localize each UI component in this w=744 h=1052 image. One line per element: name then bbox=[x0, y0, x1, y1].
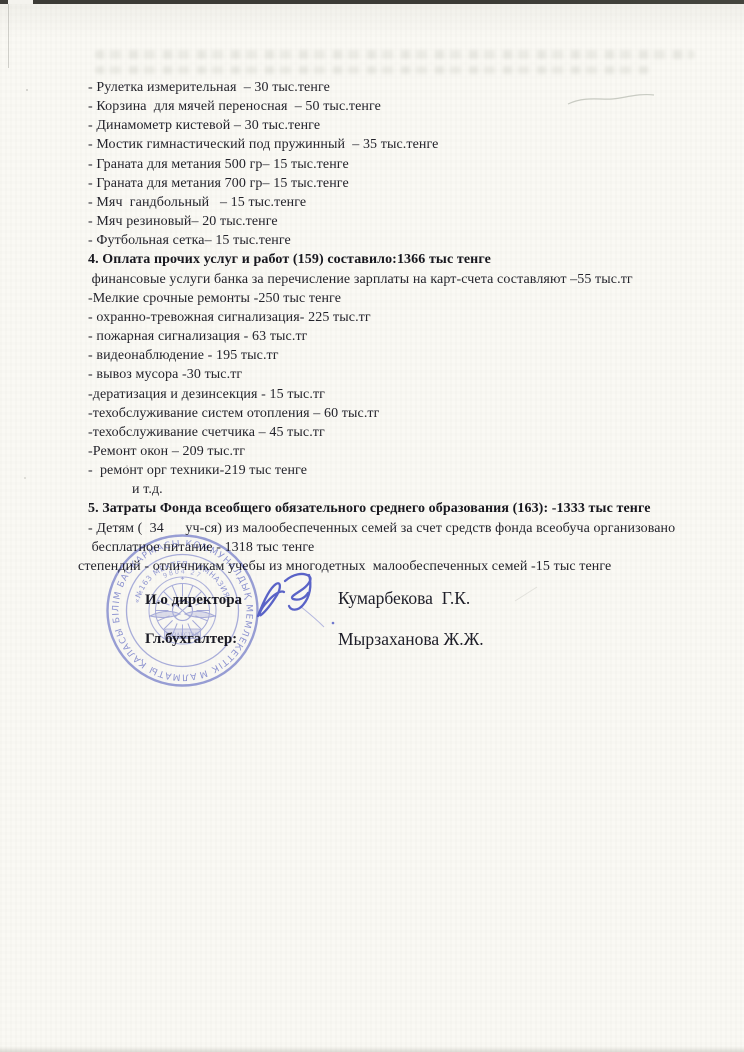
doc-line: - Футбольная сетка– 15 тыс.тенге bbox=[88, 231, 708, 250]
doc-line: - Мяч резиновый– 20 тыс.тенге bbox=[88, 212, 708, 231]
doc-line: -Ремонт окон – 209 тыс.тг bbox=[88, 442, 708, 461]
director-signature bbox=[258, 574, 310, 616]
scan-edge-bottom bbox=[0, 1046, 744, 1052]
signature-tail bbox=[300, 606, 324, 627]
doc-line: - видеонаблюдение - 195 тыс.тг bbox=[88, 346, 708, 365]
document-body: - Рулетка измерительная – 30 тыс.тенге -… bbox=[88, 78, 708, 576]
bleedthrough-strip bbox=[95, 50, 695, 59]
doc-line: - Граната для метания 700 гр– 15 тыс.тен… bbox=[88, 174, 708, 193]
accountant-name: Мырзаханова Ж.Ж. bbox=[338, 629, 484, 650]
speck bbox=[24, 477, 26, 479]
section-heading: 5. Затраты Фонда всеобщего обязательного… bbox=[88, 499, 708, 518]
doc-line: -техобслуживание систем отопления – 60 т… bbox=[88, 404, 708, 423]
svg-text:✦: ✦ bbox=[180, 576, 185, 583]
official-stamp: АЛМАТЫ ҚАЛАСЫ БІЛІМ БАСҚАРМАСЫ КОММУНАЛД… bbox=[100, 528, 265, 693]
stamp-emblem-label: ҚАЗАҚСТАН bbox=[166, 633, 199, 638]
doc-line: - охранно-тревожная сигнализация- 225 ты… bbox=[88, 308, 708, 327]
doc-line: -Мелкие срочные ремонты -250 тыс тенге bbox=[88, 289, 708, 308]
section-heading: 4. Оплата прочих услуг и работ (159) сос… bbox=[88, 250, 708, 269]
doc-line: - вывоз мусора -30 тыс.тг bbox=[88, 365, 708, 384]
doc-line: - пожарная сигнализация - 63 тыс.тг bbox=[88, 327, 708, 346]
doc-line: - Граната для метания 500 гр– 15 тыс.тен… bbox=[88, 155, 708, 174]
doc-line: финансовые услуги банка за перечисление … bbox=[88, 270, 708, 289]
kazakhstan-emblem-icon: ✦ ҚАЗАҚСТАН bbox=[150, 576, 215, 639]
doc-line: и т.д. bbox=[88, 480, 708, 499]
doc-line: - Корзина для мячей переносная – 50 тыс.… bbox=[88, 97, 708, 116]
doc-line: -техобслуживание счетчика – 45 тыс.тг bbox=[88, 423, 708, 442]
doc-line: - Рулетка измерительная – 30 тыс.тенге bbox=[88, 78, 708, 97]
director-name: Кумарбекова Г.К. bbox=[338, 588, 470, 609]
faint-mark bbox=[515, 587, 537, 601]
doc-line: - Мяч гандбольный – 15 тыс.тенге bbox=[88, 193, 708, 212]
doc-line: -дератизация и дезинсекция - 15 тыс.тг bbox=[88, 385, 708, 404]
doc-line: - ремонт орг техники-219 тыс тенге bbox=[88, 461, 708, 480]
ink-dot bbox=[332, 622, 335, 625]
doc-line: - Динамометр кистевой – 30 тыс.тенге bbox=[88, 116, 708, 135]
doc-line: - Мостик гимнастический под пружинный – … bbox=[88, 135, 708, 154]
scan-edge-top bbox=[0, 0, 744, 4]
speck bbox=[26, 89, 28, 91]
scan-artifact-line bbox=[8, 4, 9, 68]
bleedthrough-strip bbox=[95, 66, 650, 74]
